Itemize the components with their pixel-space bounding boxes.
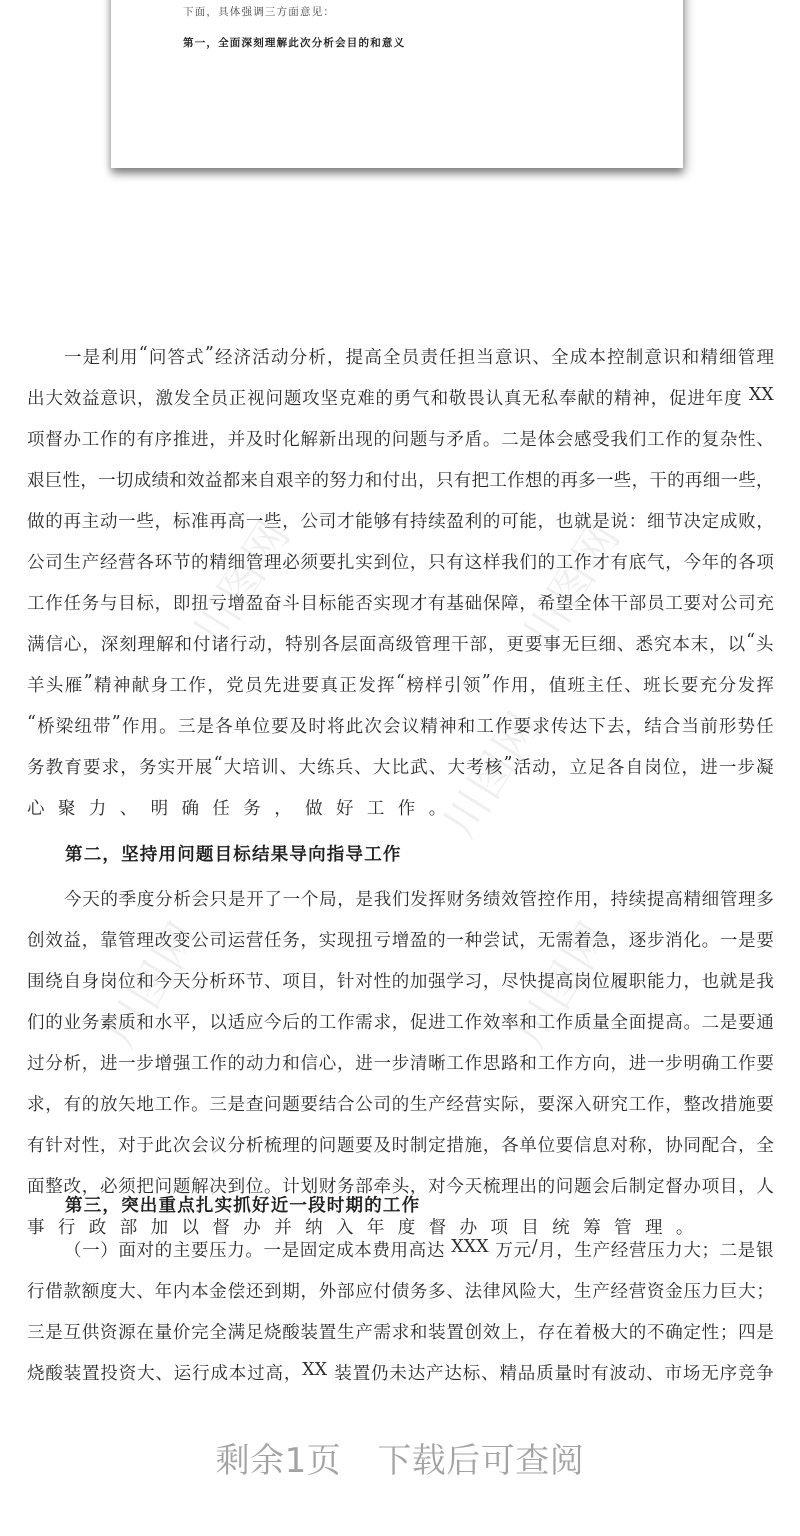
text-line: 心聚力、明确任务，做好工作。 bbox=[27, 795, 774, 820]
text-line: 们的业务素质和水平，以适应今后的工作需求，促进工作效率和工作质量全面提高。二是要… bbox=[27, 1009, 774, 1034]
text-line: 求，有的放矢地工作。三是查问题要结合公司的生产经营实际，要深入研究工作，整改措施… bbox=[27, 1091, 774, 1116]
text-line: 有针对性，对于此次会议分析梳理的问题要及时制定措施，各单位要信息对称，协同配合，… bbox=[27, 1132, 774, 1157]
download-to-read-banner[interactable]: 剩余1页下载后可查阅 bbox=[0, 1433, 800, 1482]
text-line: （一）面对的主要压力。一是固定成本费用高达 XXX 万元/月，生产经营压力大；二… bbox=[27, 1237, 774, 1262]
text-line: 艰巨性，一切成绩和效益都来自艰辛的努力和付出，只有把工作想的再多一些，干的再细一… bbox=[27, 467, 774, 492]
text-line: “桥梁纽带”作用。三是各单位要及时将此次会议精神和工作要求传达下去，结合当前形势… bbox=[27, 713, 774, 738]
text-line: 事行政部加以督办并纳入年度督办项目统筹管理。 bbox=[27, 1214, 774, 1239]
text-line: 围绕自身岗位和今天分析环节、项目，针对性的加强学习，尽快提高岗位履职能力，也就是… bbox=[27, 968, 774, 993]
text-line: 一是利用“问答式”经济活动分析，提高全员责任担当意识、全成本控制意识和精细管理 bbox=[27, 344, 774, 369]
text-line: 做的再主动一些，标准再高一些，公司才能够有持续盈利的可能，也就是说：细节决定成败… bbox=[27, 508, 774, 533]
text-line: 行借款额度大、年内本金偿还到期，外部应付债务多、法律风险大，生产经营资金压力巨大… bbox=[27, 1278, 774, 1303]
remaining-pages-text: 剩余1页 bbox=[216, 1433, 342, 1482]
text-line: 烧酸装置投资大、运行成本过高，XX 装置仍未达产达标、精品质量时有波动、市场无序… bbox=[27, 1360, 774, 1385]
text-line: 出大效益意识，激发全员正视问题攻坚克难的勇气和敬畏认真无私奉献的精神，促进年度 … bbox=[27, 385, 774, 410]
preview-section-heading: 第一，全面深刻理解此次分析会目的和意义 bbox=[183, 35, 405, 50]
text-line: 过分析，进一步增强工作的动力和信心，进一步清晰工作思路和工作方向，进一步明确工作… bbox=[27, 1050, 774, 1075]
text-line: 工作任务与目标，即扭亏增盈奋斗目标能否实现才有基础保障，希望全体干部员工要对公司… bbox=[27, 590, 774, 615]
text-line: 务教育要求，务实开展“大培训、大练兵、大比武、大考核”活动，立足各自岗位，进一步… bbox=[27, 754, 774, 779]
text-line: 项督办工作的有序推进，并及时化解新出现的问题与矛盾。二是体会感受我们工作的复杂性… bbox=[27, 426, 774, 451]
download-to-view-text: 下载后可查阅 bbox=[377, 1433, 584, 1482]
section2-heading: 第二，坚持用问题目标结果导向指导工作 bbox=[27, 841, 402, 866]
text-line: 满信心，深刻理解和付诸行动，特别各层面高级管理干部，更要事无巨细、悉究本末，以“… bbox=[27, 631, 774, 656]
text-line: 羊头雁”精神献身工作，党员先进要真正发挥“榜样引领”作用，值班主任、班长要充分发… bbox=[27, 672, 774, 697]
text-line: 创效益，靠管理改变公司运营任务，实现扭亏增盈的一种尝试，无需着急，逐步消化。一是… bbox=[27, 927, 774, 952]
document-preview-card: 下面，具体强调三方面意见： 第一，全面深刻理解此次分析会目的和意义 bbox=[111, 0, 683, 168]
text-line: 公司生产经营各环节的精细管理必须要扎实到位，只有这样我们的工作才有底气，今年的各… bbox=[27, 549, 774, 574]
section3-heading: 第三，突出重点扎实抓好近一段时期的工作 bbox=[27, 1192, 420, 1217]
preview-intro-text: 下面，具体强调三方面意见： bbox=[183, 4, 335, 19]
text-line: 今天的季度分析会只是开了一个局，是我们发挥财务绩效管控作用，持续提高精细管理多 bbox=[27, 886, 774, 911]
text-line: 三是互供资源在量价完全满足烧酸装置生产需求和装置创效上，存在着极大的不确定性；四… bbox=[27, 1319, 774, 1344]
